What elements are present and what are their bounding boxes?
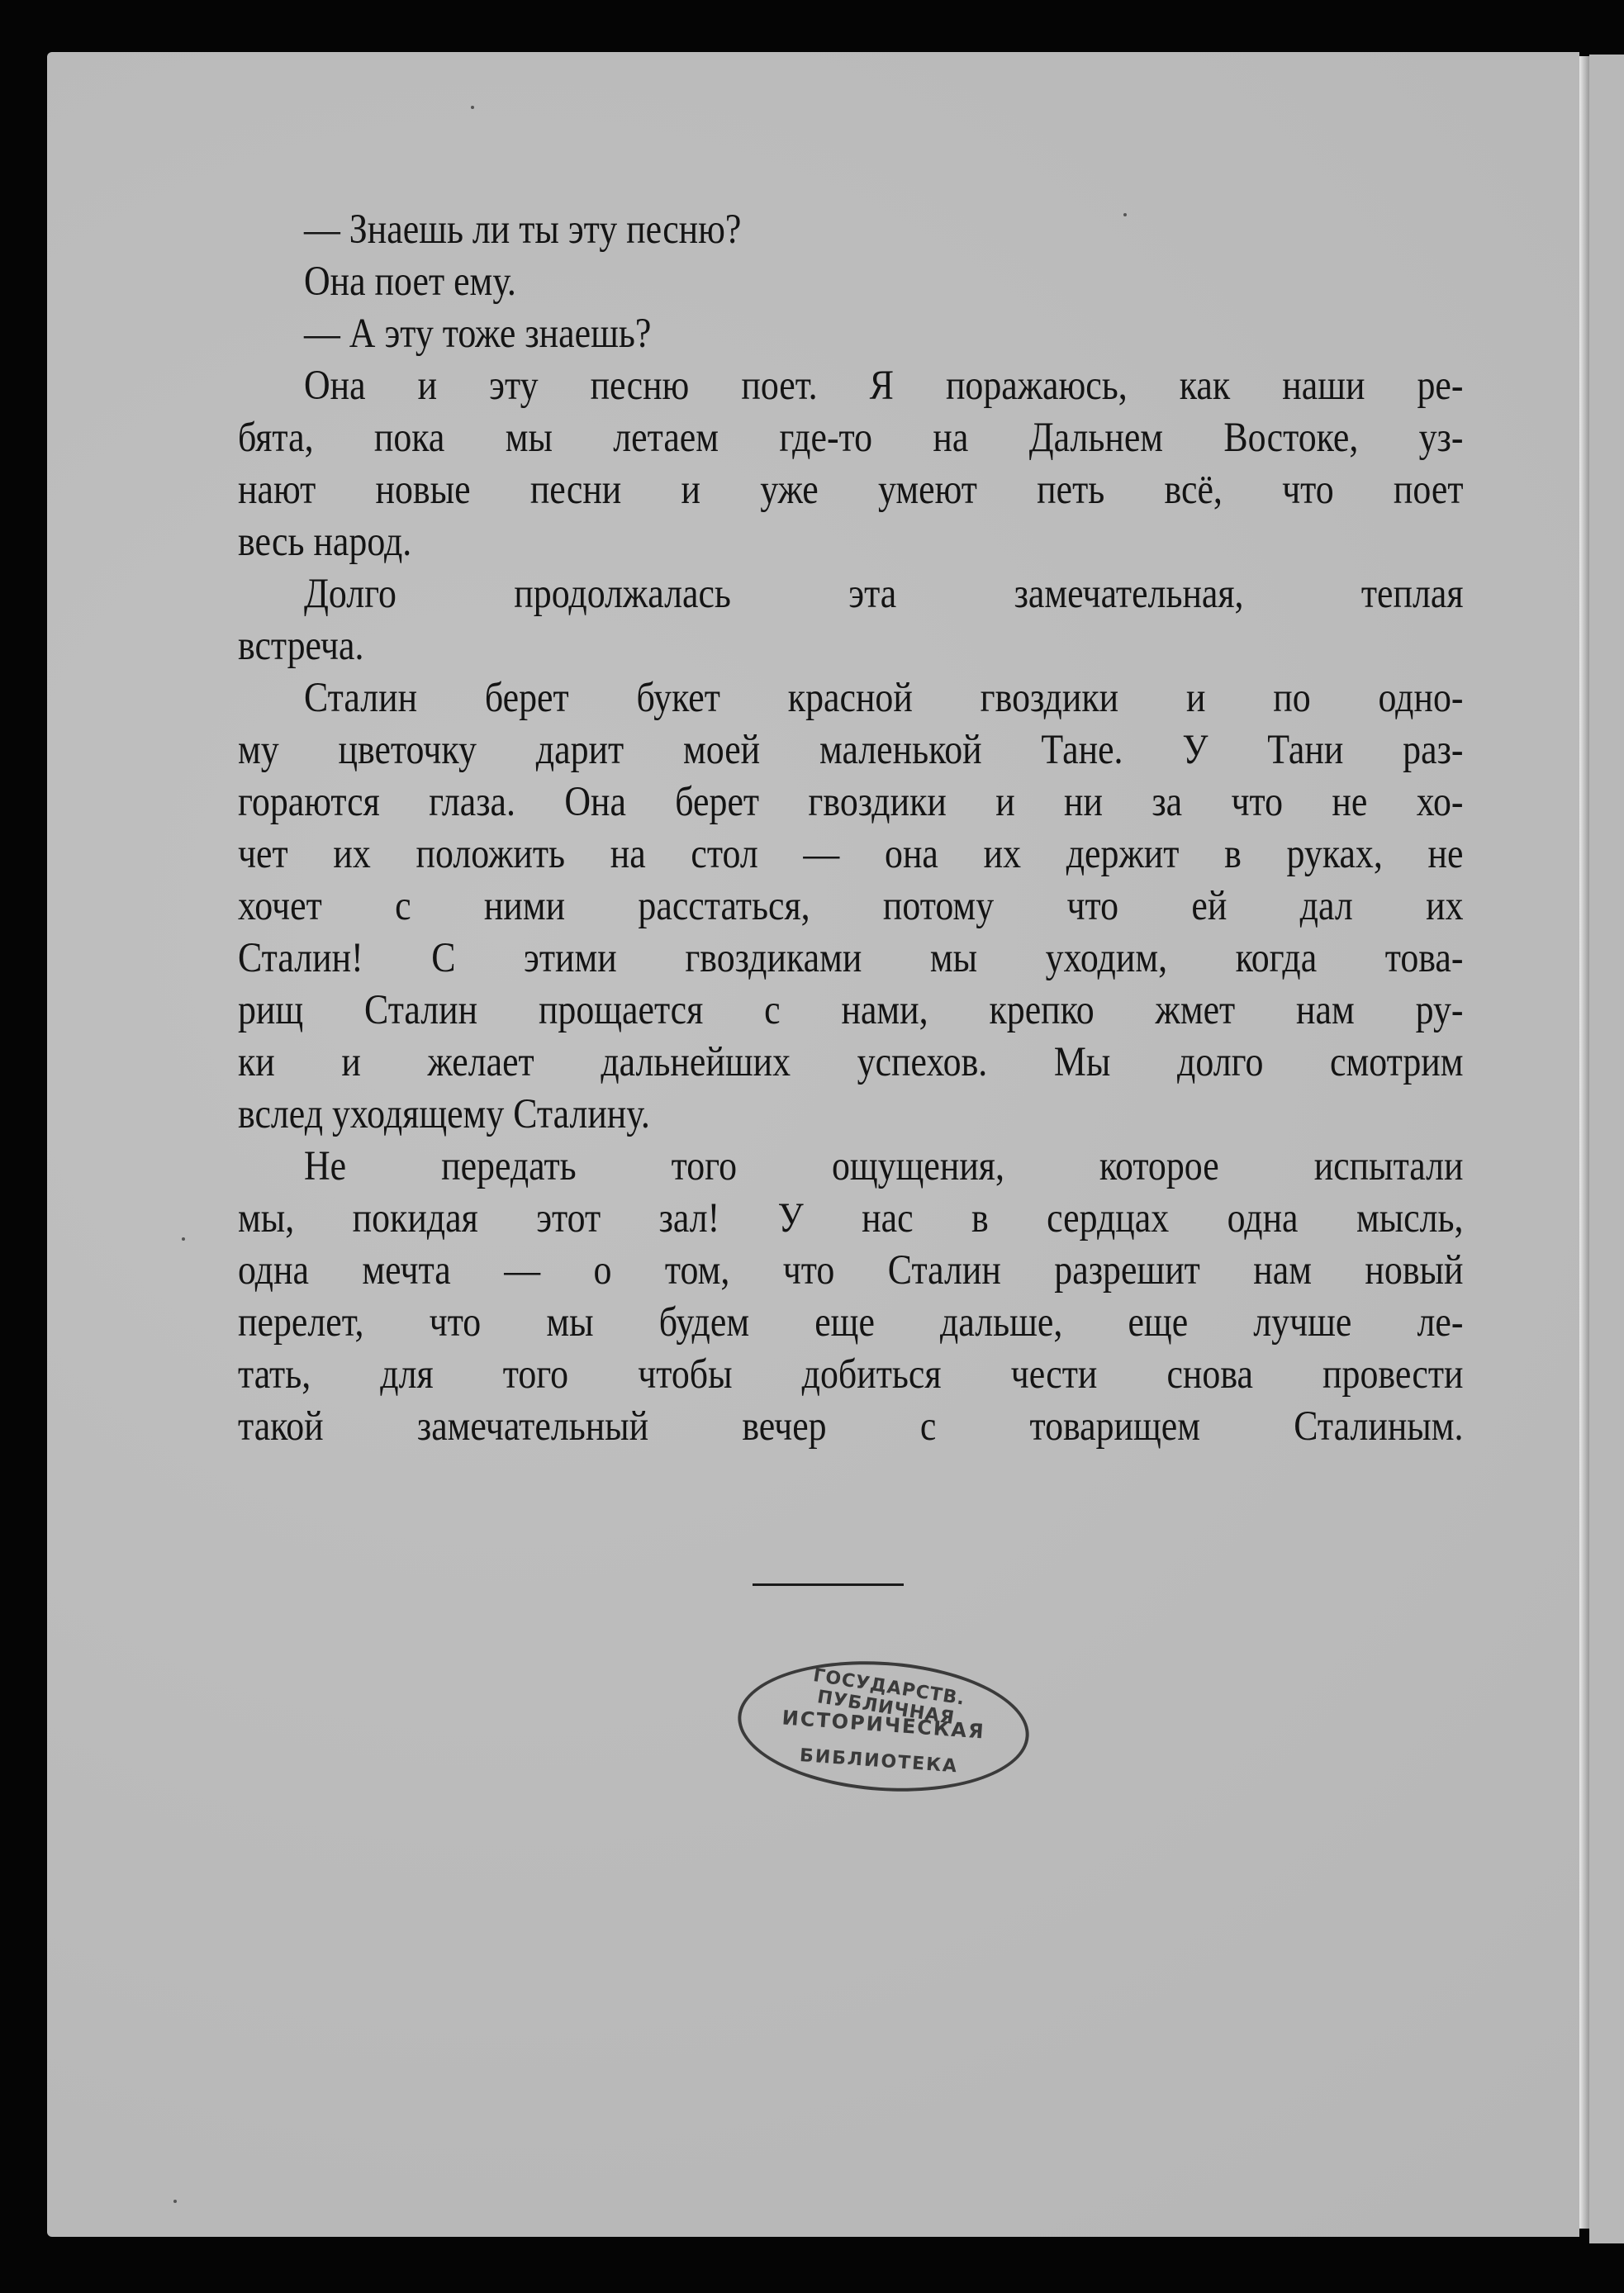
text-line: Долго продолжалась эта замечательная, те… — [238, 568, 1464, 620]
text-line: ки и желает дальнейших успехов. Мы долго… — [238, 1037, 1464, 1089]
text-line: вслед уходящему Сталину. — [238, 1089, 1464, 1141]
paper-speck — [1123, 213, 1127, 216]
text-line: чет их положить на стол — она их держит … — [238, 828, 1464, 881]
book-spine — [1579, 56, 1589, 2229]
text-line: одна мечта — о том, что Сталин разрешит … — [238, 1245, 1464, 1297]
stamp-bottom-text: БИБЛИОТЕКА — [787, 1745, 970, 1778]
paper-speck — [182, 1237, 185, 1241]
text-line: тать, для того чтобы добиться чести снов… — [238, 1349, 1464, 1401]
text-line: хочет с ними расстаться, потому что ей д… — [238, 881, 1464, 933]
text-line: — Знаешь ли ты эту песню? — [238, 204, 1464, 256]
adjacent-page-edge — [1589, 55, 1624, 2243]
text-line: такой замечательный вечер с товарищем Ст… — [238, 1401, 1464, 1453]
paper-speck — [173, 2200, 177, 2203]
text-line: нают новые песни и уже умеют петь всё, ч… — [238, 464, 1464, 516]
text-line: бята, пока мы летаем где-то на Дальнем В… — [238, 412, 1464, 464]
text-line: Не передать того ощущения, которое испыт… — [238, 1141, 1464, 1193]
text-line: горaются глаза. Она берет гвоздики и ни … — [238, 776, 1464, 828]
paper-speck — [471, 106, 474, 109]
text-line: му цветочку дарит моей маленькой Тане. У… — [238, 724, 1464, 776]
text-line: Сталин! С этими гвоздиками мы уходим, ко… — [238, 933, 1464, 985]
text-line: Она и эту песню поет. Я поражаюсь, как н… — [238, 360, 1464, 412]
text-line: Она поет ему. — [238, 256, 1464, 308]
text-line: весь народ. — [238, 516, 1464, 568]
section-divider — [753, 1583, 904, 1586]
page-text: — Знаешь ли ты эту песню? Она поет ему. … — [238, 204, 1464, 1453]
text-line: — А эту тоже знаешь? — [238, 308, 1464, 360]
text-line: рищ Сталин прощается с нами, крепко жмет… — [238, 985, 1464, 1037]
text-line: встреча. — [238, 620, 1464, 672]
text-line: перелет, что мы будем еще дальше, еще лу… — [238, 1297, 1464, 1349]
text-line: мы, покидая этот зал! У нас в сердцах од… — [238, 1193, 1464, 1245]
text-line: Сталин берет букет красной гвоздики и по… — [238, 672, 1464, 724]
